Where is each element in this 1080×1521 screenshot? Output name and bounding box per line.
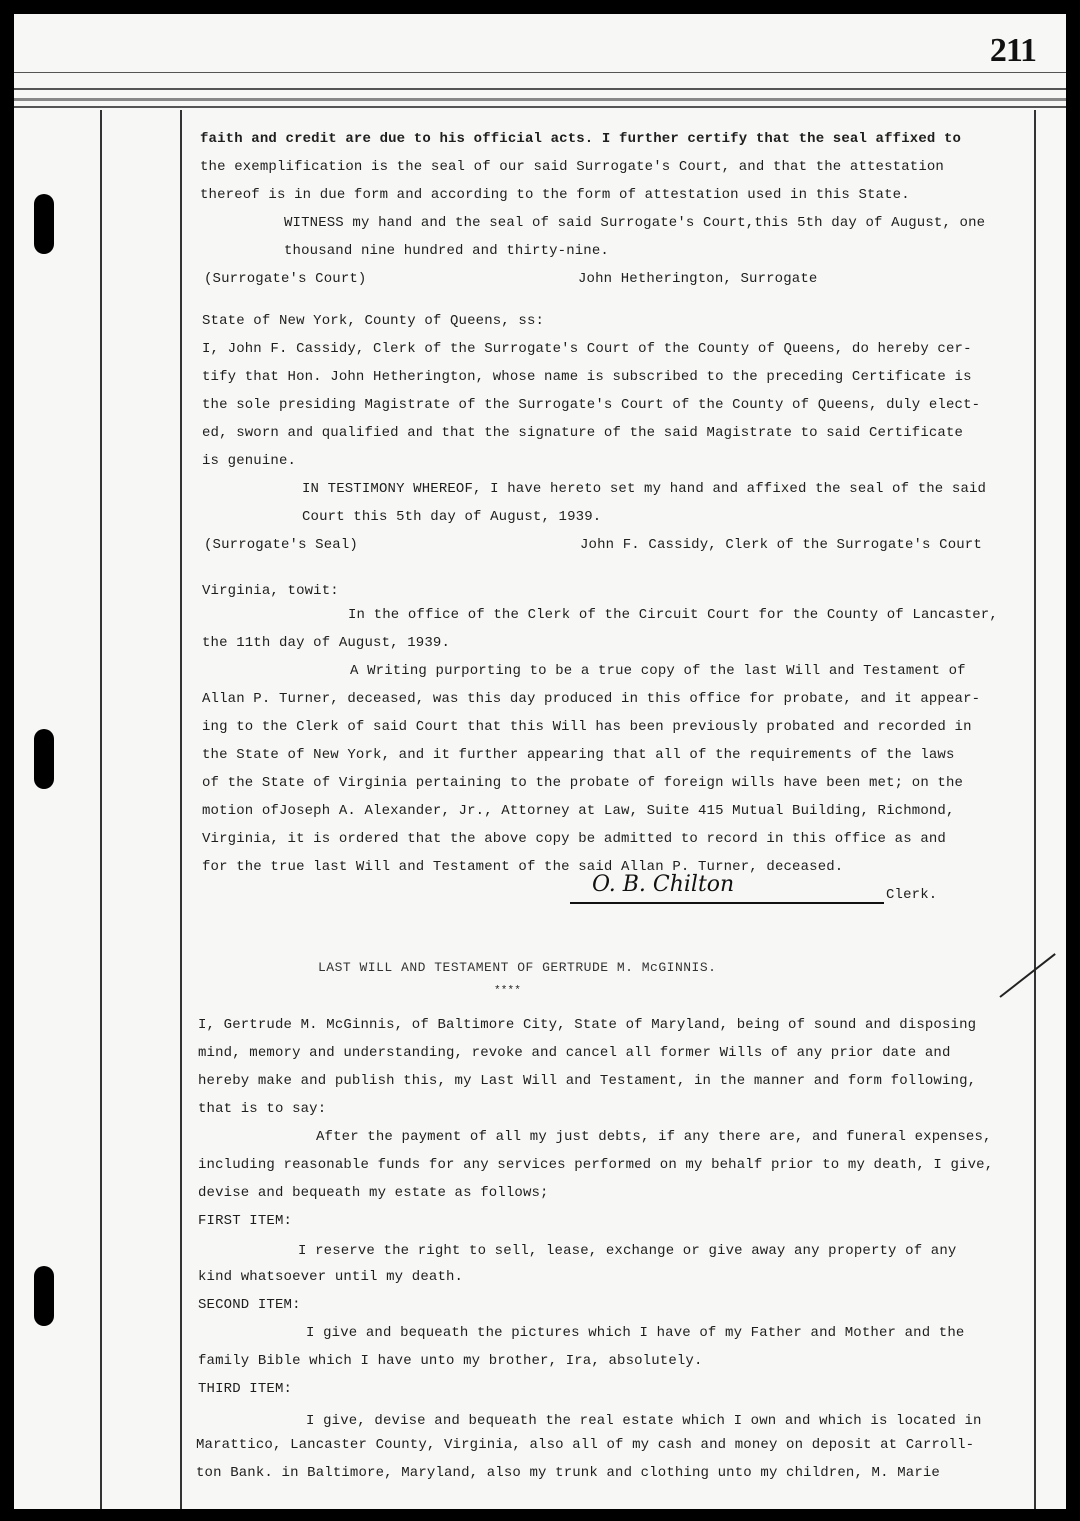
text-line: motion ofJoseph A. Alexander, Jr., Attor… [202,803,955,819]
binder-hole [34,729,54,789]
seal-label: (Surrogate's Court) [204,271,366,287]
item-heading: FIRST ITEM: [198,1213,292,1229]
text-line: devise and bequeath my estate as follows… [198,1185,549,1201]
text-line: I give, devise and bequeath the real est… [306,1413,982,1429]
text-line: family Bible which I have unto my brothe… [198,1353,703,1369]
header-rule [14,106,1066,108]
header-rule [14,98,1066,101]
text-line: the sole presiding Magistrate of the Sur… [202,397,980,413]
signer-name: John Hetherington, Surrogate [578,271,817,287]
text-line: ing to the Clerk of said Court that this… [202,719,972,735]
seal-label: (Surrogate's Seal) [204,537,358,553]
page-number: 211 [990,32,1036,70]
text-line: thereof is in due form and according to … [200,187,910,203]
text-line: kind whatsoever until my death. [198,1269,463,1285]
text-line: ed, sworn and qualified and that the sig… [202,425,963,441]
text-line: I give and bequeath the pictures which I… [306,1325,964,1341]
text-line: the 11th day of August, 1939. [202,635,450,651]
text-line: of the State of Virginia pertaining to t… [202,775,963,791]
text-line: Marattico, Lancaster County, Virginia, a… [196,1437,974,1453]
margin-line [180,110,182,1509]
text-line: the State of New York, and it further ap… [202,747,955,763]
text-line: thousand nine hundred and thirty-nine. [284,243,609,259]
text-line: that is to say: [198,1101,326,1117]
text-line: hereby make and publish this, my Last Wi… [198,1073,976,1089]
text-line: A Writing purporting to be a true copy o… [350,663,966,679]
header-rule [14,72,1066,73]
will-title: LAST WILL AND TESTAMENT OF GERTRUDE M. M… [318,960,716,975]
signature-line [570,902,884,904]
header-rule [14,88,1066,90]
separator: **** [494,985,521,997]
margin-line [1034,110,1036,1509]
item-heading: THIRD ITEM: [198,1381,292,1397]
text-line: I, Gertrude M. McGinnis, of Baltimore Ci… [198,1017,976,1033]
clerk-signature: O. B. Chilton [592,872,734,897]
text-line: including reasonable funds for any servi… [198,1157,993,1173]
text-line: In the office of the Clerk of the Circui… [348,607,998,623]
signer-name: John F. Cassidy, Clerk of the Surrogate'… [580,537,982,553]
binder-hole [34,194,54,254]
text-line: I reserve the right to sell, lease, exch… [298,1243,956,1259]
text-line: After the payment of all my just debts, … [316,1129,992,1145]
signer-title: Clerk. [886,887,937,903]
text-line: WITNESS my hand and the seal of said Sur… [284,215,985,231]
venue: State of New York, County of Queens, ss: [202,313,544,329]
document-page: 211 faith and credit are due to his offi… [14,14,1066,1509]
text-line: faith and credit are due to his official… [200,131,961,147]
text-line: tify that Hon. John Hetherington, whose … [202,369,972,385]
margin-line [100,110,102,1509]
text-line: Virginia, it is ordered that the above c… [202,831,946,847]
text-line: IN TESTIMONY WHEREOF, I have hereto set … [302,481,986,497]
binder-hole [34,1266,54,1326]
text-line: mind, memory and understanding, revoke a… [198,1045,951,1061]
item-heading: SECOND ITEM: [198,1297,301,1313]
text-line: the exemplification is the seal of our s… [200,159,944,175]
heading: Virginia, towit: [202,583,339,599]
text-line: I, John F. Cassidy, Clerk of the Surroga… [202,341,972,357]
text-line: is genuine. [202,453,296,469]
text-line: ton Bank. in Baltimore, Maryland, also m… [196,1465,940,1481]
text-line: for the true last Will and Testament of … [202,859,843,875]
text-line: Allan P. Turner, deceased, was this day … [202,691,980,707]
text-line: Court this 5th day of August, 1939. [302,509,601,525]
margin-mark [999,953,1055,998]
